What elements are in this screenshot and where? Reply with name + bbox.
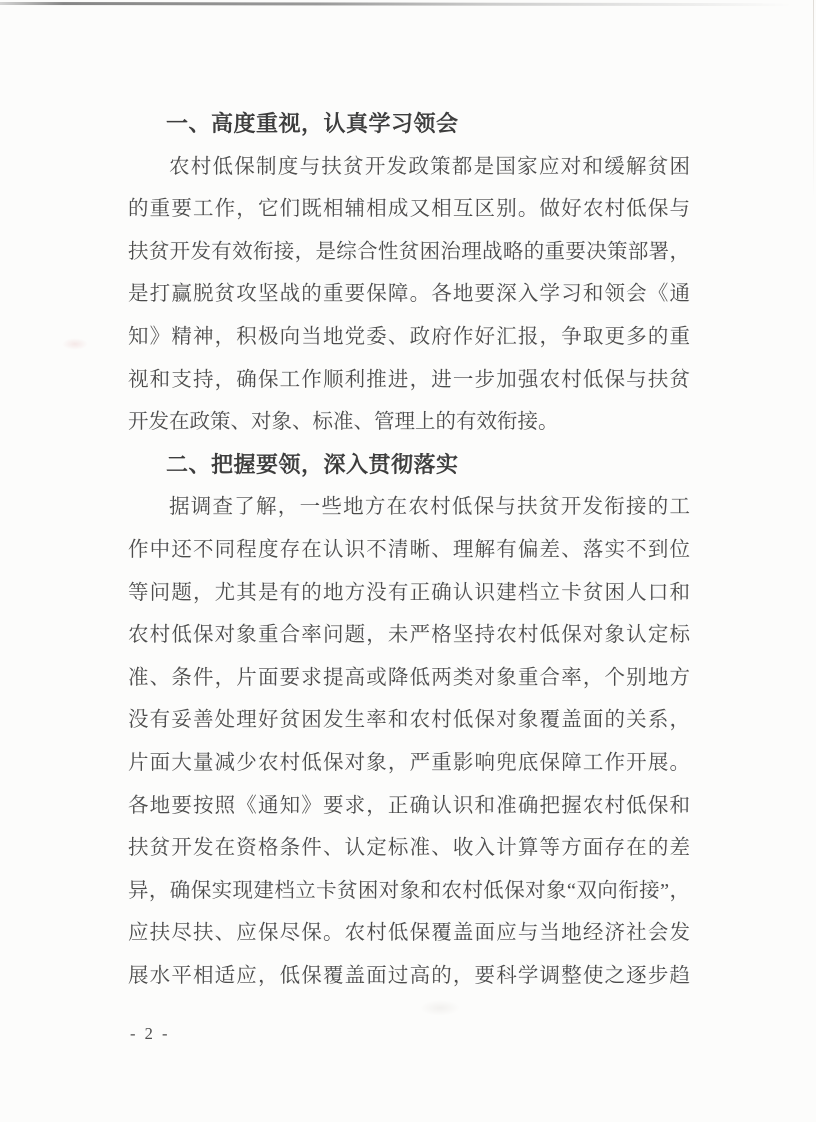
text-line: 展水平相适应，低保覆盖面过高的，要科学调整使之逐步趋 <box>128 955 690 998</box>
text-line: 知》精神，积极向当地党委、政府作好汇报，争取更多的重 <box>128 316 690 359</box>
text-line: 农村低保制度与扶贫开发政策都是国家应对和缓解贫困 <box>128 146 690 189</box>
section-heading: 一、高度重视，认真学习领会 <box>128 103 690 146</box>
scan-edge-artifact-right <box>813 0 815 200</box>
scan-smudge <box>62 338 88 350</box>
document-page: 一、高度重视，认真学习领会农村低保制度与扶贫开发政策都是国家应对和缓解贫困的重要… <box>0 0 816 1122</box>
section-heading: 二、把握要领，深入贯彻落实 <box>128 444 690 487</box>
page-number: - 2 - <box>130 1024 170 1044</box>
text-line: 各地要按照《通知》要求，正确认识和准确把握农村低保和 <box>128 785 690 828</box>
text-line: 开发在政策、对象、标准、管理上的有效衔接。 <box>128 401 690 444</box>
text-line: 扶贫开发在资格条件、认定标准、收入计算等方面存在的差 <box>128 827 690 870</box>
text-line: 等问题，尤其是有的地方没有正确认识建档立卡贫困人口和 <box>128 572 690 615</box>
text-line: 片面大量减少农村低保对象，严重影响兜底保障工作开展。 <box>128 742 690 785</box>
text-line: 作中还不同程度存在认识不清晰、理解有偏差、落实不到位 <box>128 529 690 572</box>
text-line: 扶贫开发有效衔接，是综合性贫困治理战略的重要决策部署， <box>128 231 690 274</box>
text-line: 没有妥善处理好贫困发生率和农村低保对象覆盖面的关系， <box>128 699 690 742</box>
text-line: 的重要工作，它们既相辅相成又相互区别。做好农村低保与 <box>128 188 690 231</box>
text-line: 据调查了解，一些地方在农村低保与扶贫开发衔接的工 <box>128 486 690 529</box>
text-line: 异，确保实现建档立卡贫困对象和农村低保对象“双向衔接”， <box>128 870 690 913</box>
text-line: 视和支持，确保工作顺利推进，进一步加强农村低保与扶贫 <box>128 359 690 402</box>
scan-smudge <box>420 1000 460 1016</box>
scan-edge-artifact-top <box>0 2 792 6</box>
text-line: 农村低保对象重合率问题，未严格坚持农村低保对象认定标 <box>128 614 690 657</box>
text-line: 是打赢脱贫攻坚战的重要保障。各地要深入学习和领会《通 <box>128 273 690 316</box>
document-body: 一、高度重视，认真学习领会农村低保制度与扶贫开发政策都是国家应对和缓解贫困的重要… <box>128 103 690 997</box>
text-line: 准、条件，片面要求提高或降低两类对象重合率，个别地方 <box>128 657 690 700</box>
text-line: 应扶尽扶、应保尽保。农村低保覆盖面应与当地经济社会发 <box>128 912 690 955</box>
